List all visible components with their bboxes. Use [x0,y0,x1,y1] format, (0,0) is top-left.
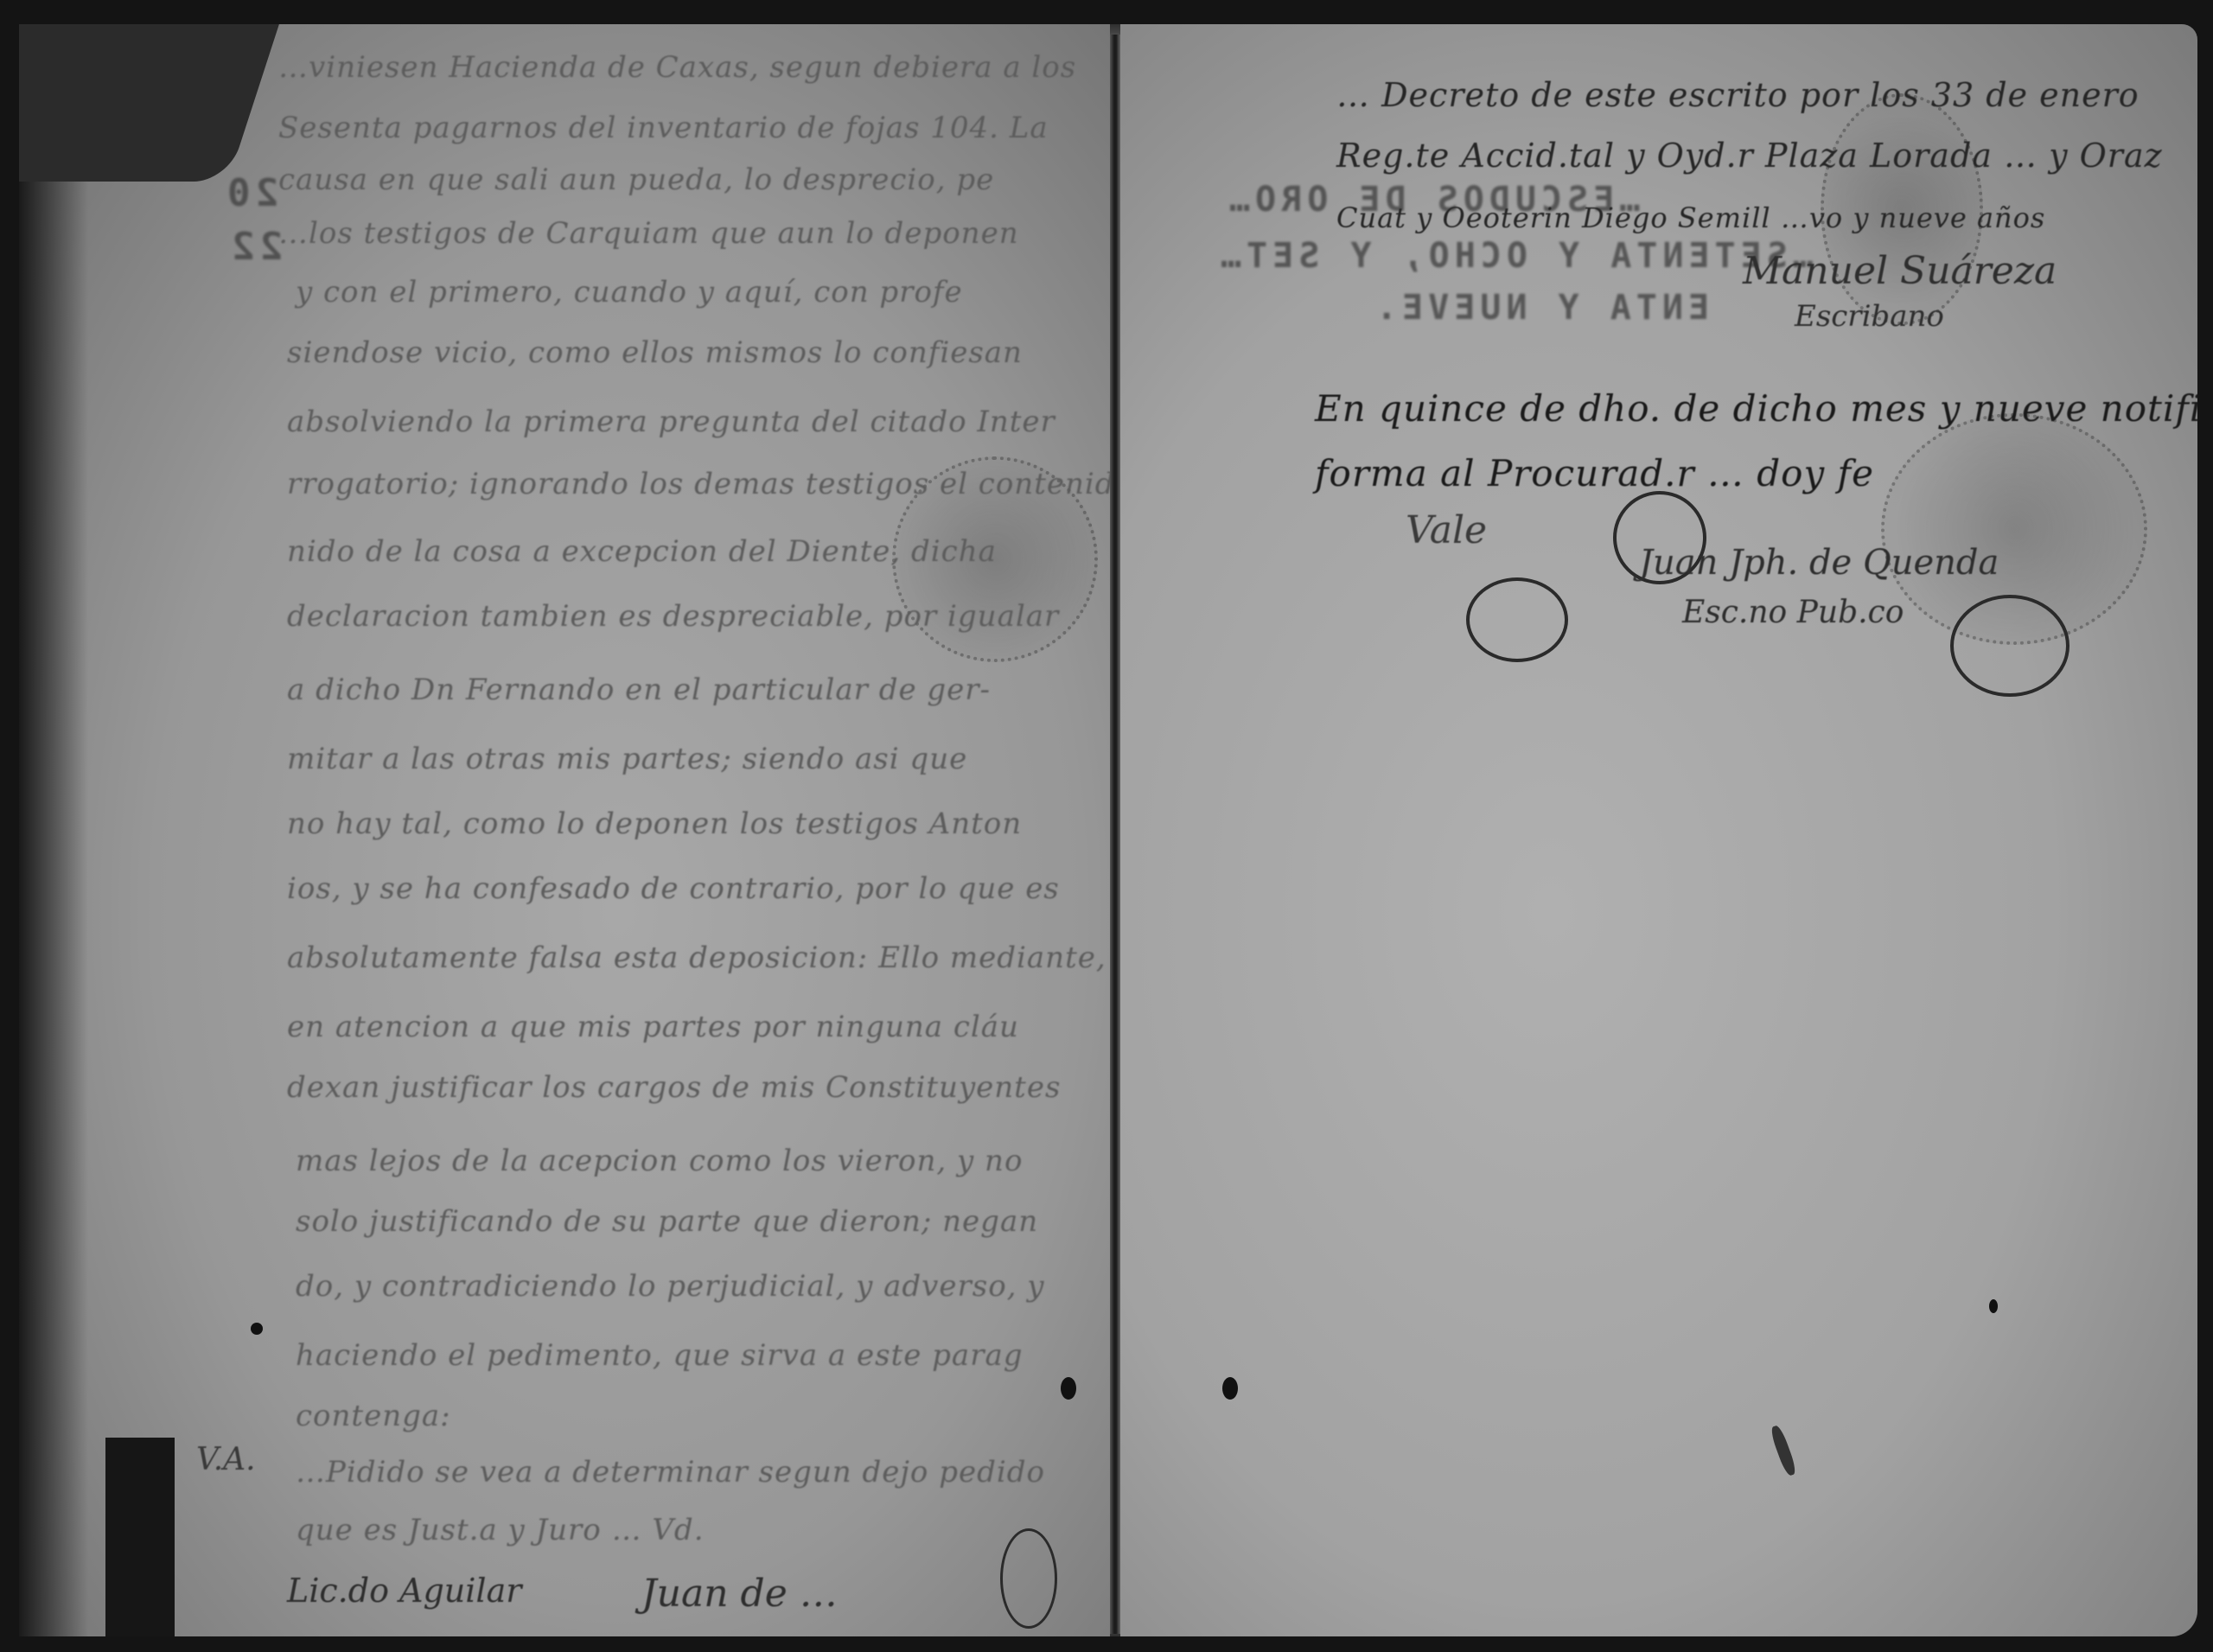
binding-shadow [19,24,88,1636]
manuscript-line: y con el primero, cuando y aquí, con pro… [296,275,963,309]
margin-note: V.A. [196,1442,256,1477]
manuscript-line: rrogatorio; ignorando los demas testigos… [287,467,1110,501]
signature-juan: Juan de … [641,1572,838,1616]
manuscript-line: siendose vicio, como ellos mismos lo con… [287,335,1023,370]
manuscript-line: solo justificando de su parte que dieron… [296,1204,1038,1239]
folded-corner [19,24,287,182]
signature-notary-title: Esc.no Pub.co [1682,595,1904,630]
page-gutter [1110,35,1120,1634]
ink-stain [1769,1424,1798,1477]
ink-blot [1989,1299,1998,1313]
ink-blot [251,1323,263,1335]
rubric-mark [1950,595,2070,697]
signature-vale: Vale [1406,508,1487,552]
dark-tab [105,1438,175,1636]
decree-line: Reg.te Accid.tal y Oyd.r Plaza Lorada … … [1336,137,2163,175]
manuscript-line: haciendo el pedimento, que sirva a este … [296,1338,1024,1373]
bleed-through-stamp: ENTA Y NUEVE. [1371,288,1709,328]
bleed-through-stamp: …SETENTA Y OCHO, Y SET… [1215,236,1814,276]
manuscript-line: en atencion a que mis partes por ninguna… [287,1010,1019,1044]
signature-escribano: Manuel Suáreza [1743,249,2057,293]
decree-line: … Decreto de este escrito por los 33 de … [1336,76,2140,114]
manuscript-line: mas lejos de la acepcion como los vieron… [296,1144,1023,1178]
signature-aguilar: Lic.do Aguilar [287,1572,521,1610]
manuscript-line: absolviendo la primera pregunta del cita… [287,405,1055,439]
manuscript-line: causa en que sali aun pueda, lo despreci… [278,163,994,197]
signature-title: Escribano [1795,299,1944,334]
ink-blot [1061,1377,1076,1400]
closing-line: que es Just.a y Juro … Vd. [296,1513,705,1547]
manuscript-line: no hay tal, como lo deponen los testigos… [287,807,1022,841]
closing-line: …Pidido se vea a determinar segun dejo p… [296,1455,1045,1489]
manuscript-line: nido de la cosa a excepcion del Diente, … [287,534,997,569]
manuscript-line: contenga: [296,1399,451,1433]
manuscript-line: declaracion tambien es despreciable, por… [287,599,1059,634]
bleed-through-number: 22 [226,225,283,269]
manuscript-line: absolutamente falsa esta deposicion: Ell… [287,941,1110,975]
rubric-mark [1466,577,1568,662]
ink-blot [1222,1377,1238,1400]
manuscript-line: ios, y se ha confesado de contrario, por… [287,871,1060,906]
manuscript-line: mitar a las otras mis partes; siendo asi… [287,742,967,776]
notification-line: forma al Procurad.r … doy fe [1315,452,1874,494]
bleed-through-number: 20 [222,171,278,215]
manuscript-line: Sesenta pagarnos del inventario de fojas… [278,111,1049,145]
rubric-mark [1000,1528,1057,1629]
right-page: …ESCUDOS DE ORO… …SETENTA Y OCHO, Y SET…… [1120,24,2197,1636]
notification-line: En quince de dho. de dicho mes y nueve n… [1315,387,2197,430]
manuscript-line: do, y contradiciendo lo perjudicial, y a… [296,1269,1045,1304]
manuscript-line: dexan justificar los cargos de mis Const… [287,1070,1061,1105]
left-page: 20 22 …viniesen Hacienda de Caxas, segun… [19,24,1110,1636]
document-spread: 20 22 …viniesen Hacienda de Caxas, segun… [19,24,2197,1636]
signature-notary: Juan Jph. de Quenda [1639,543,1999,583]
manuscript-line: …los testigos de Carquiam que aun lo dep… [278,216,1019,251]
decree-line: Cuat y Oeoterin Diego Semill …vo y nueve… [1336,201,2045,234]
manuscript-line: …viniesen Hacienda de Caxas, segun debie… [278,50,1076,85]
manuscript-line: a dicho Dn Fernando en el particular de … [287,673,991,707]
